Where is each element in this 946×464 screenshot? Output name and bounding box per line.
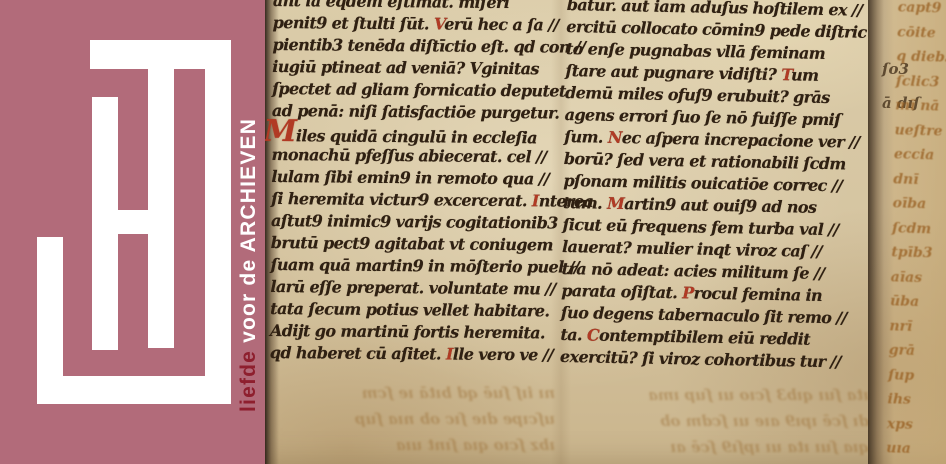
text-fragment: dı ſcē ıpı9 aıe uı ſcdm ob [569, 408, 869, 434]
logo-bar-bottom [37, 376, 231, 404]
text-fragment: nrī [889, 314, 944, 340]
manuscript-line: ſpectet ad gliam fornicatio deputet [272, 78, 564, 103]
logo-stroke-inner-right [148, 40, 174, 348]
text-fragment: qıa ſuı ıta uı ıpſı9 ſcē aı [569, 434, 869, 460]
website-banner: liefde voor de ARCHIEVEN nı iıſ ſuē qd b… [0, 0, 946, 464]
manuscript-line: aſtut9 inimic9 varijs cogitationib3 [271, 210, 563, 235]
brand-panel: liefde voor de ARCHIEVEN [0, 0, 265, 464]
manuscript-line: Adijt go martinū fortis heremita. [270, 320, 562, 345]
bleedthrough-text-left: nı iıſ ſuē qd bıtā ıe ſcmuſcıpe dıe ſıc … [277, 380, 555, 458]
text-fragment: grā [888, 338, 943, 364]
manuscript-photo: nı iıſ ſuē qd bıtā ıe ſcmuſcıpe dıe ſıc … [265, 0, 946, 464]
manuscript-line: larū eſſe preperat. voluntate mu // [270, 276, 562, 301]
text-fragment: xps [887, 412, 942, 438]
text-fragment: aīas [890, 265, 945, 291]
text-fragment: nı iıſ ſuē qd bıtā ıe ſcm [277, 380, 555, 406]
bleedthrough-text-right: ıta ſuı qıb3 ſcıo uı ſup ımadı ſcē ıpı9 … [569, 382, 869, 460]
manuscript-line: iugiū ptineat ad veniā? Vginitas [272, 56, 564, 81]
text-fragment: q dieb3 [896, 44, 946, 70]
manuscript-line: penit9 et ſtulti ſūt. Verū hec a ſa // [273, 12, 565, 37]
text-fragment: oība [892, 191, 946, 217]
text-fragment: eccia [894, 142, 946, 168]
text-fragment: dnī [893, 167, 946, 193]
text-fragment: ıbz ſcıo qıa ſınt uıa [277, 432, 555, 458]
text-fragment: mī nā [895, 93, 946, 119]
manuscript-line: ad penā: niſi ſatisfactiōe purgetur. [272, 100, 564, 125]
text-fragment: ueſtre [894, 118, 946, 144]
page-edge-strip: ſo3ā dıſ capt9cōiteq dieb3ſclic3mī nāueſ… [868, 0, 946, 464]
text-fragment: ihs [887, 387, 942, 413]
text-fragment: ſcdm [892, 216, 946, 242]
logo-crossbar [92, 210, 174, 234]
logo-bar-right [205, 40, 231, 404]
manuscript-line: qd haberet cū aſitet. Ille vero ve // [270, 342, 562, 367]
manuscript-left-column: ānt iā eqdem eſtimat. miſeripenit9 et ſt… [270, 0, 565, 367]
manuscript-line: tata ſecum potius vellet habitare. [270, 298, 562, 323]
manuscript-line: ſi heremita victur9 excercerat. Interea [271, 188, 563, 213]
text-fragment: uſcıpe dıe ſıc ob nıa ſup [277, 406, 555, 432]
manuscript-line: lulam ſibi emin9 in remoto qua // [271, 166, 563, 191]
brand-tagline: liefde voor de ARCHIEVEN [235, 118, 262, 412]
text-fragment: ūba [890, 289, 945, 315]
manuscript-line: ſuam quā martin9 in mōſterio puel // [271, 254, 563, 279]
text-fragment: capt9 [897, 0, 946, 21]
tagline-archieven: ARCHIEVEN [237, 118, 260, 252]
manuscript-line: Miles quidā cingulū in eccleſia [272, 122, 564, 147]
manuscript-line: exercitū? ſi viroz cohortibus tur // [560, 346, 878, 374]
manuscript-line: monachū pfeſſus abiecerat. cel // [271, 144, 563, 169]
text-fragment: tpīb3 [891, 240, 946, 266]
text-fragment: ſup [888, 363, 943, 389]
text-fragment: cōite [897, 20, 946, 46]
tagline-liefde: liefde [237, 343, 260, 412]
manuscript-line: pientib3 tenēda diſtīctio eſt. qd con // [272, 34, 564, 59]
text-fragment: uıa [886, 436, 941, 462]
text-fragment: ſclic3 [896, 69, 946, 95]
logo-bar-left [37, 237, 63, 404]
manuscript-line: brutū pect9 agitabat vt coniugem [271, 232, 563, 257]
text-fragment: ıta ſuı qıb3 ſcıo uı ſup ıma [569, 382, 869, 408]
tagline-voor-de: voor de [237, 252, 260, 343]
manuscript-right-column: batur. aut iam aduſus hoſtilem ex //erci… [560, 0, 885, 374]
